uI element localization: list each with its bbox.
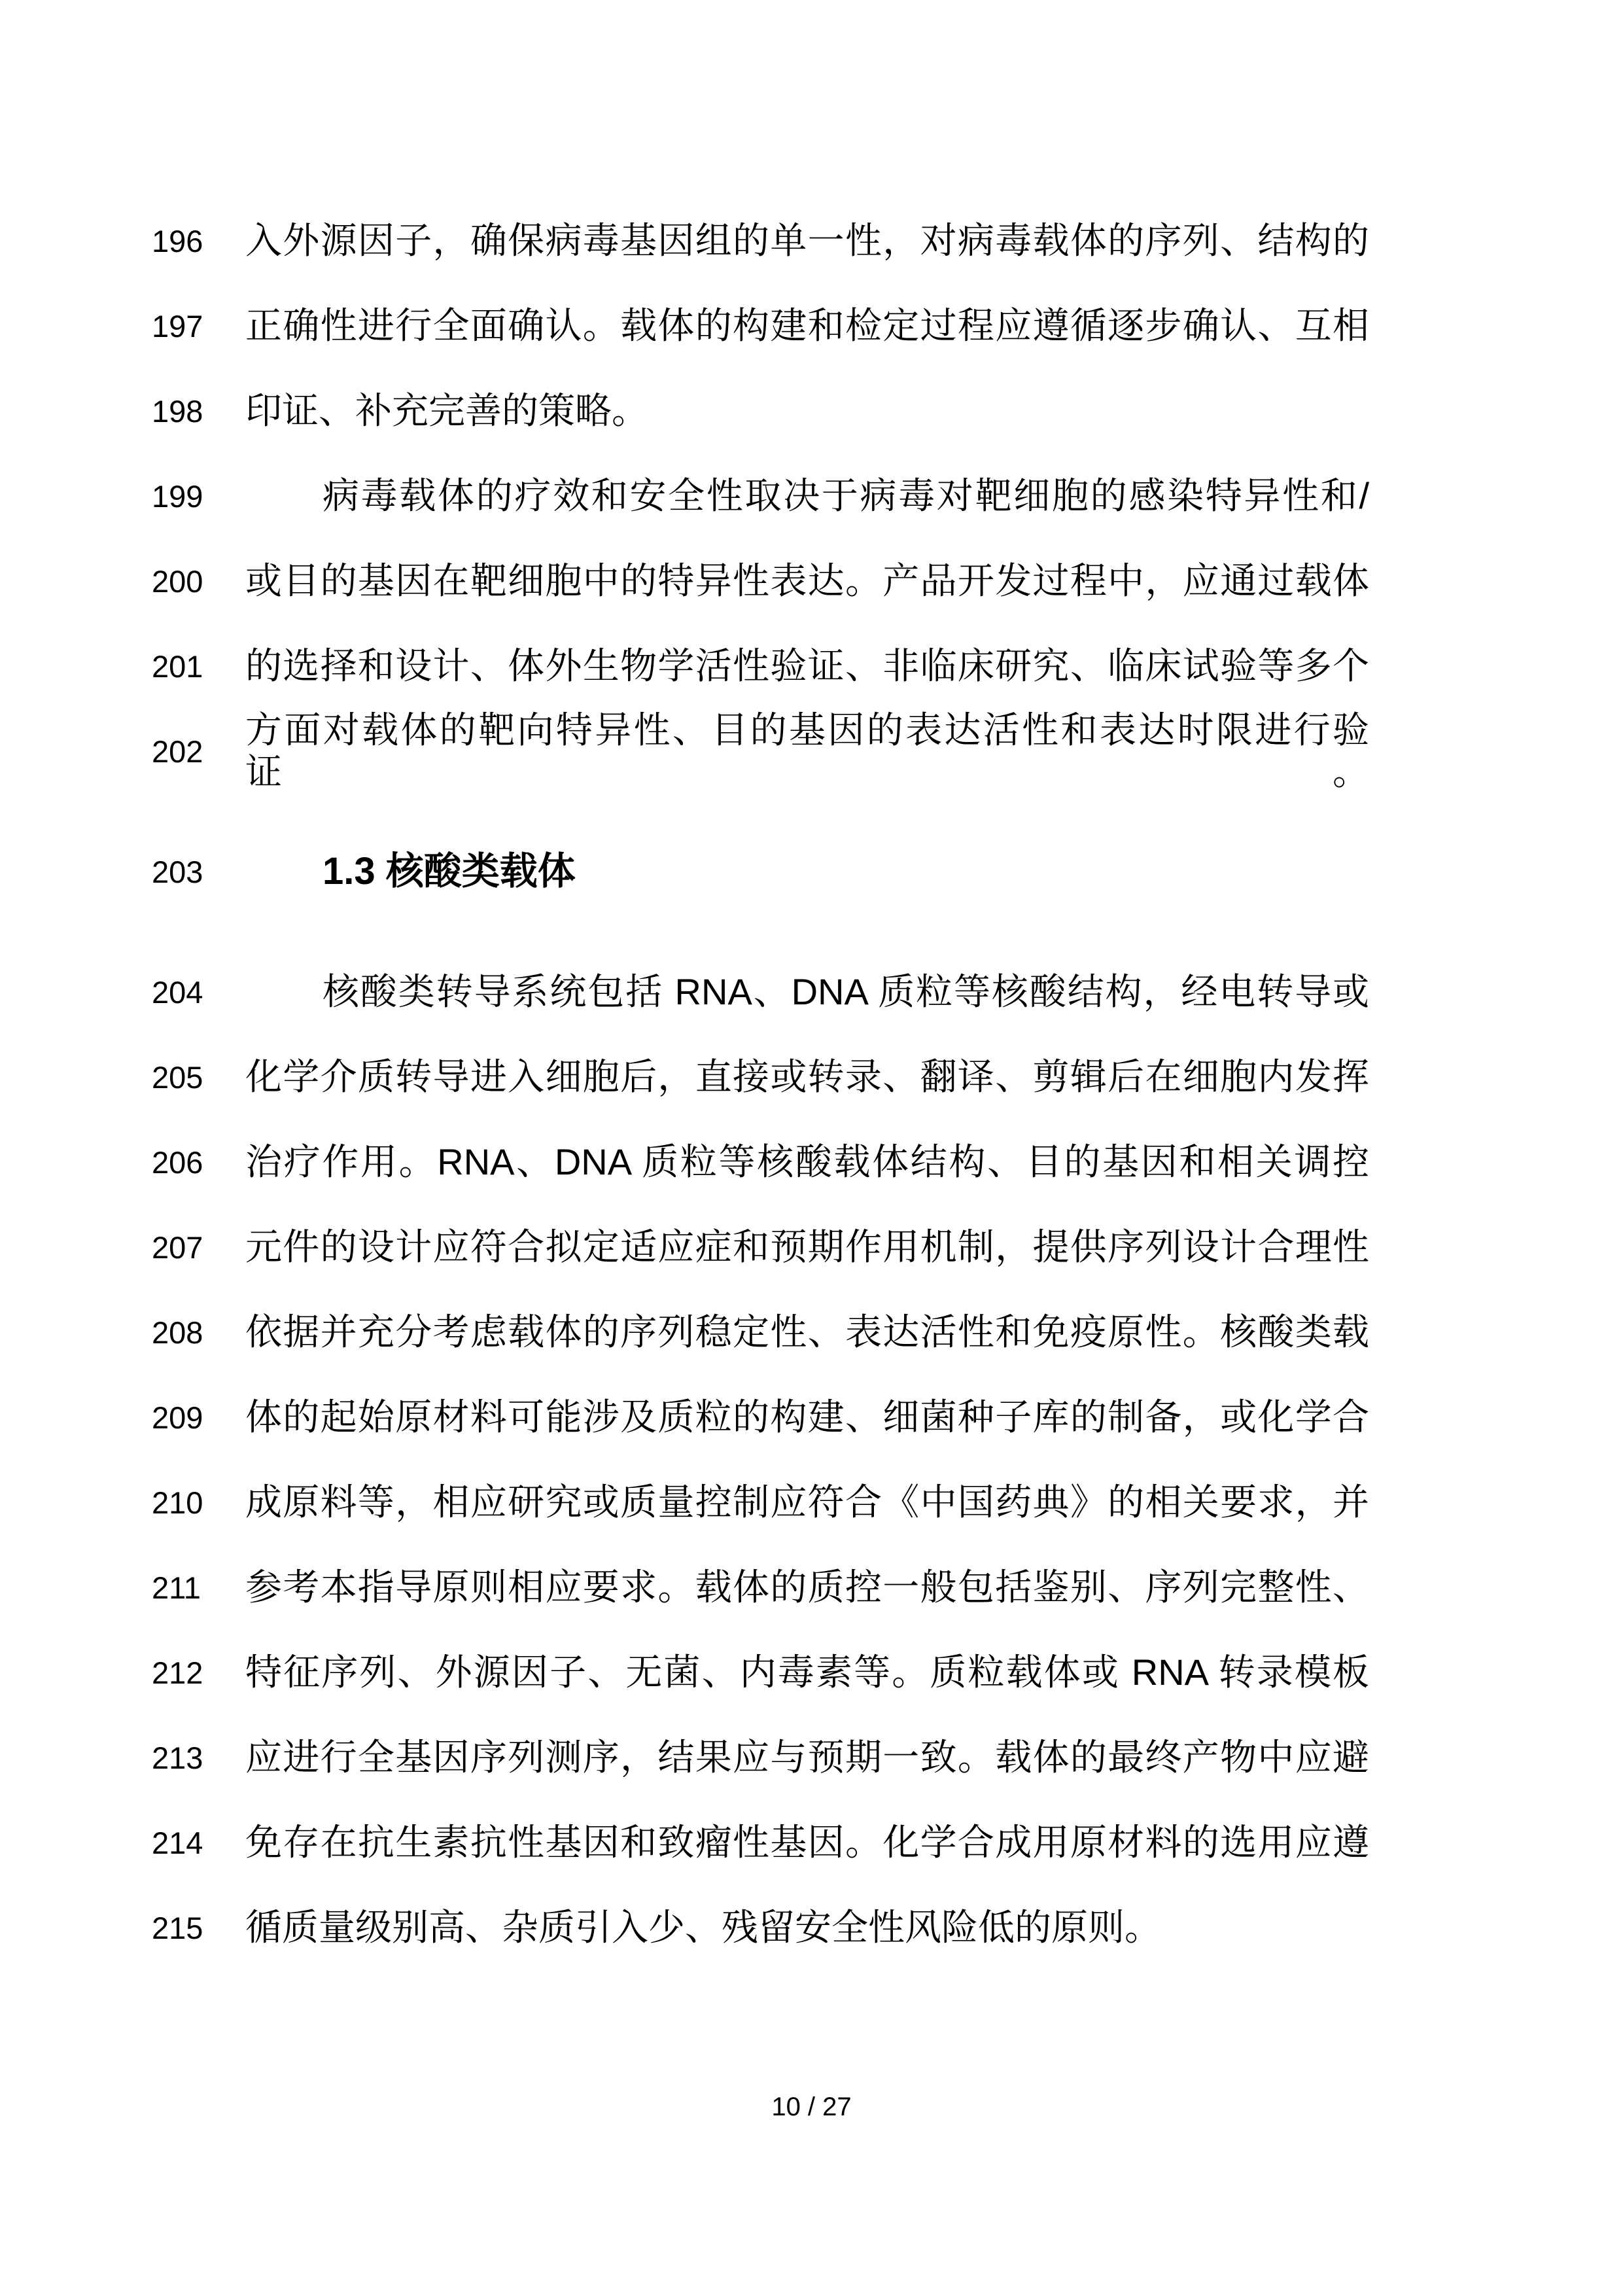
line-number: 214 (152, 1828, 245, 1858)
text-line: 211 参考本指导原则相应要求。载体的质控一般包括鉴别、序列完整性、 (0, 1545, 1623, 1630)
text-line: 202 方面对载体的靶向特异性、目的基因的表达活性和表达时限进行验证。 (0, 709, 1623, 794)
line-number: 205 (152, 1062, 245, 1093)
line-text: 依据并充分考虑载体的序列稳定性、表达活性和免疫原性。核酸类载 (245, 1311, 1369, 1353)
text-line: 200 或目的基因在靶细胞中的特异性表达。产品开发过程中，应通过载体 (0, 539, 1623, 624)
line-text: 元件的设计应符合拟定适应症和预期作用机制，提供序列设计合理性 (245, 1226, 1369, 1268)
line-number: 212 (152, 1657, 245, 1688)
line-number: 200 (152, 566, 245, 597)
line-text: 1.3 核酸类载体 (245, 850, 1369, 894)
text-line: 197 正确性进行全面确认。载体的构建和检定过程应遵循逐步确认、互相 (0, 283, 1623, 368)
line-text: 正确性进行全面确认。载体的构建和检定过程应遵循逐步确认、互相 (245, 305, 1369, 347)
line-number: 207 (152, 1232, 245, 1263)
text-line: 215 循质量级别高、杂质引入少、残留安全性风险低的原则。 (0, 1885, 1623, 1970)
line-number: 213 (152, 1742, 245, 1773)
line-number: 198 (152, 396, 245, 427)
line-number: 199 (152, 481, 245, 512)
text-line: 207 元件的设计应符合拟定适应症和预期作用机制，提供序列设计合理性 (0, 1205, 1623, 1290)
text-line: 204 核酸类转导系统包括 RNA、DNA 质粒等核酸结构，经电转导或 (0, 949, 1623, 1034)
text-line: 213 应进行全基因序列测序，结果应与预期一致。载体的最终产物中应避 (0, 1715, 1623, 1800)
line-text: 治疗作用。RNA、DNA 质粒等核酸载体结构、目的基因和相关调控 (245, 1141, 1369, 1183)
line-text: 特征序列、外源因子、无菌、内毒素等。质粒载体或 RNA 转录模板 (245, 1651, 1369, 1693)
line-text: 印证、补充完善的策略。 (245, 390, 1369, 432)
text-line: 214 免存在抗生素抗性基因和致瘤性基因。化学合成用原材料的选用应遵 (0, 1800, 1623, 1885)
line-number: 215 (152, 1913, 245, 1943)
text-line: 201 的选择和设计、体外生物学活性验证、非临床研究、临床试验等多个 (0, 624, 1623, 709)
line-number: 206 (152, 1147, 245, 1178)
line-text: 入外源因子，确保病毒基因组的单一性，对病毒载体的序列、结构的 (245, 220, 1369, 262)
line-text: 循质量级别高、杂质引入少、残留安全性风险低的原则。 (245, 1907, 1369, 1949)
line-text: 化学介质转导进入细胞后，直接或转录、翻译、剪辑后在细胞内发挥 (245, 1056, 1369, 1098)
text-line: 199 病毒载体的疗效和安全性取决于病毒对靶细胞的感染特异性和/ (0, 453, 1623, 539)
text-line: 196 入外源因子，确保病毒基因组的单一性，对病毒载体的序列、结构的 (0, 198, 1623, 283)
line-text: 体的起始原材料可能涉及质粒的构建、细菌种子库的制备，或化学合 (245, 1396, 1369, 1438)
line-number: 197 (152, 311, 245, 342)
line-number: 210 (152, 1487, 245, 1518)
line-number: 196 (152, 226, 245, 256)
line-text: 或目的基因在靶细胞中的特异性表达。产品开发过程中，应通过载体 (245, 560, 1369, 602)
line-number: 208 (152, 1317, 245, 1348)
line-text: 病毒载体的疗效和安全性取决于病毒对靶细胞的感染特异性和/ (245, 475, 1369, 517)
line-number: 201 (152, 651, 245, 682)
text-line: 209 体的起始原材料可能涉及质粒的构建、细菌种子库的制备，或化学合 (0, 1375, 1623, 1460)
line-text: 成原料等，相应研究或质量控制应符合《中国药典》的相关要求，并 (245, 1481, 1369, 1523)
line-number: 209 (152, 1402, 245, 1433)
document-page: 196 入外源因子，确保病毒基因组的单一性，对病毒载体的序列、结构的 197 正… (0, 0, 1623, 2296)
line-text: 核酸类转导系统包括 RNA、DNA 质粒等核酸结构，经电转导或 (245, 971, 1369, 1013)
text-line: 205 化学介质转导进入细胞后，直接或转录、翻译、剪辑后在细胞内发挥 (0, 1034, 1623, 1120)
line-text: 应进行全基因序列测序，结果应与预期一致。载体的最终产物中应避 (245, 1737, 1369, 1778)
line-text: 方面对载体的靶向特异性、目的基因的表达活性和表达时限进行验证。 (245, 709, 1369, 794)
line-text: 的选择和设计、体外生物学活性验证、非临床研究、临床试验等多个 (245, 645, 1369, 687)
text-line: 203 1.3 核酸类载体 (0, 829, 1623, 914)
text-body: 196 入外源因子，确保病毒基因组的单一性，对病毒载体的序列、结构的 197 正… (0, 198, 1623, 1970)
line-text: 参考本指导原则相应要求。载体的质控一般包括鉴别、序列完整性、 (245, 1566, 1369, 1608)
line-number: 204 (152, 977, 245, 1008)
line-text: 免存在抗生素抗性基因和致瘤性基因。化学合成用原材料的选用应遵 (245, 1822, 1369, 1863)
text-line: 210 成原料等，相应研究或质量控制应符合《中国药典》的相关要求，并 (0, 1460, 1623, 1545)
line-number: 203 (152, 857, 245, 887)
page-number: 10 / 27 (0, 2087, 1623, 2127)
line-number: 202 (152, 736, 245, 767)
text-line: 198 印证、补充完善的策略。 (0, 368, 1623, 453)
text-line: 206 治疗作用。RNA、DNA 质粒等核酸载体结构、目的基因和相关调控 (0, 1120, 1623, 1205)
text-line: 208 依据并充分考虑载体的序列稳定性、表达活性和免疫原性。核酸类载 (0, 1290, 1623, 1375)
line-number: 211 (152, 1572, 245, 1603)
text-line: 212 特征序列、外源因子、无菌、内毒素等。质粒载体或 RNA 转录模板 (0, 1630, 1623, 1715)
